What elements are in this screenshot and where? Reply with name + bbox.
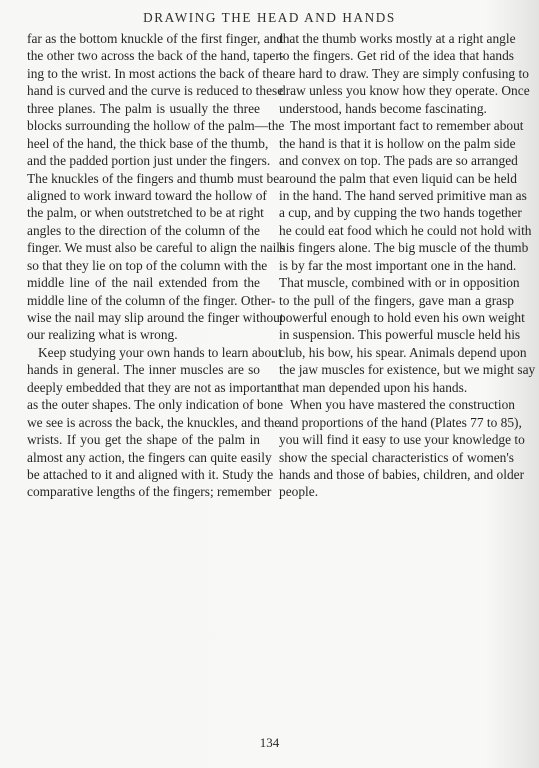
text-line: so that they lie on top of the column wi…: [27, 257, 260, 274]
text-line: the jaw muscles for existence, but we mi…: [279, 361, 514, 378]
text-line: middle line of the nail extended from th…: [27, 274, 260, 291]
text-line: as the outer shapes. The only indication…: [27, 396, 260, 413]
text-line: hands and those of babies, children, and…: [279, 466, 514, 483]
right-text-column: that the thumb works mostly at a right a…: [279, 30, 514, 501]
text-line: in suspension. This powerful muscle held…: [279, 326, 514, 343]
page-number: 134: [0, 735, 539, 751]
text-line: we see is across the back, the knuckles,…: [27, 414, 260, 431]
text-line: almost any action, the fingers can quite…: [27, 449, 260, 466]
text-line: comparative lengths of the fingers; reme…: [27, 483, 260, 500]
text-line: and convex on top. The pads are so arran…: [279, 152, 514, 169]
text-line: hand is curved and the curve is reduced …: [27, 82, 260, 99]
running-head: DRAWING THE HEAD AND HANDS: [0, 10, 539, 26]
text-line: draw unless you know how they operate. O…: [279, 82, 514, 99]
text-line: understood, hands become fascinating.: [279, 100, 514, 117]
text-line: he could eat food which he could not hol…: [279, 222, 514, 239]
text-line: deeply embedded that they are not as imp…: [27, 379, 260, 396]
text-line: a cup, and by cupping the two hands toge…: [279, 204, 514, 221]
text-line: to the fingers. Get rid of the idea that…: [279, 47, 514, 64]
text-line: powerful enough to hold even his own wei…: [279, 309, 514, 326]
text-line: people.: [279, 483, 514, 500]
text-line: finger. We must also be careful to align…: [27, 239, 260, 256]
text-line: that the thumb works mostly at a right a…: [279, 30, 514, 47]
text-line: his fingers alone. The big muscle of the…: [279, 239, 514, 256]
text-line: The most important fact to remember abou…: [279, 117, 514, 134]
text-line: blocks surrounding the hollow of the pal…: [27, 117, 260, 134]
text-line: That muscle, combined with or in opposit…: [279, 274, 514, 291]
text-line: angles to the direction of the column of…: [27, 222, 260, 239]
text-line: heel of the hand, the thick base of the …: [27, 135, 260, 152]
text-line: in the hand. The hand served primitive m…: [279, 187, 514, 204]
text-line: and proportions of the hand (Plates 77 t…: [279, 414, 514, 431]
text-line: club, his bow, his spear. Animals depend…: [279, 344, 514, 361]
text-line: is by far the most important one in the …: [279, 257, 514, 274]
text-line: be attached to it and aligned with it. S…: [27, 466, 260, 483]
text-line: ing to the wrist. In most actions the ba…: [27, 65, 260, 82]
text-line: the other two across the back of the han…: [27, 47, 260, 64]
text-line: Keep studying your own hands to learn ab…: [27, 344, 260, 361]
text-line: to the pull of the fingers, gave man a g…: [279, 292, 514, 309]
text-line: When you have mastered the construction: [279, 396, 514, 413]
text-line: show the special characteristics of wome…: [279, 449, 514, 466]
left-text-column: far as the bottom knuckle of the first f…: [27, 30, 260, 501]
text-line: hands in general. The inner muscles are …: [27, 361, 260, 378]
text-line: and the padded portion just under the fi…: [27, 152, 260, 169]
text-line: around the palm that even liquid can be …: [279, 170, 514, 187]
text-line: the hand is that it is hollow on the pal…: [279, 135, 514, 152]
text-line: the palm, or when outstretched to be at …: [27, 204, 260, 221]
text-line: far as the bottom knuckle of the first f…: [27, 30, 260, 47]
text-line: aligned to work inward toward the hollow…: [27, 187, 260, 204]
text-line: you will find it easy to use your knowle…: [279, 431, 514, 448]
text-line: three planes. The palm is usually the th…: [27, 100, 260, 117]
book-page: DRAWING THE HEAD AND HANDS far as the bo…: [0, 0, 539, 768]
text-line: our realizing what is wrong.: [27, 326, 260, 343]
text-line: wrists. If you get the shape of the palm…: [27, 431, 260, 448]
text-line: The knuckles of the fingers and thumb mu…: [27, 170, 260, 187]
text-line: that man depended upon his hands.: [279, 379, 514, 396]
text-line: wise the nail may slip around the finger…: [27, 309, 260, 326]
text-line: are hard to draw. They are simply confus…: [279, 65, 514, 82]
text-line: middle line of the column of the finger.…: [27, 292, 260, 309]
